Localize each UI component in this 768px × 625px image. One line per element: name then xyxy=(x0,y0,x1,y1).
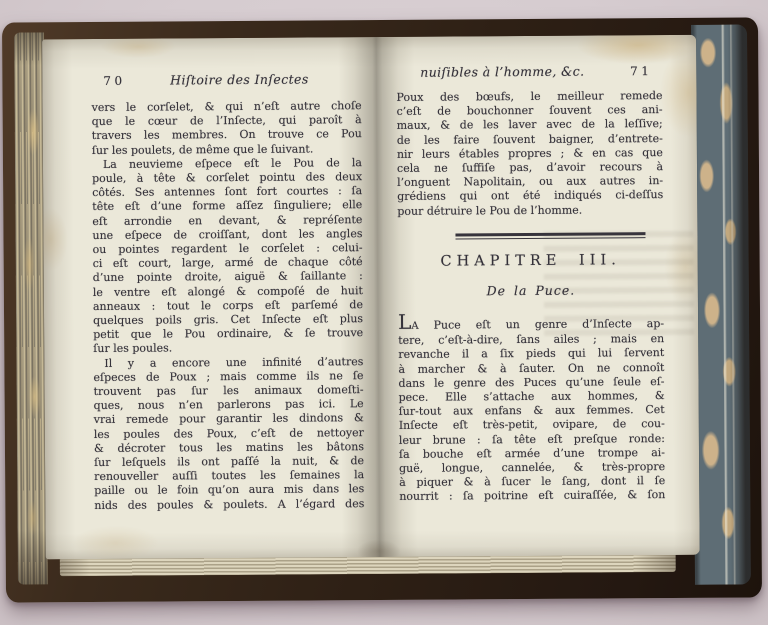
text-line: nourrit : ſa poitrine eſt cuiraſſée, & ſ… xyxy=(399,488,665,504)
left-page-number: 70 xyxy=(91,74,147,88)
text-line: travers les membres. On trouve ce Pou xyxy=(92,128,362,144)
right-page-header: nuiſibles à l’homme, &c. 71 xyxy=(396,63,662,83)
left-page-header: 70 Hiſtoire des Inſectes xyxy=(91,71,361,91)
drop-cap-small: A xyxy=(411,321,418,332)
text-line: revanche il a ſix pieds qui lui ſervent xyxy=(398,346,664,362)
text-line: grédiens qui ont été indiqués ci-deſſus xyxy=(397,188,663,204)
text-line: tête eſt d’une forme aſſez ſinguliere; e… xyxy=(92,199,362,215)
text-line: paille ou le foin qu’on aura mis dans le… xyxy=(94,483,364,499)
text-line: LA Puce eſt un genre d’Inſecte ap- xyxy=(398,310,664,334)
open-pages: 70 Hiſtoire des Inſectes vers le corſele… xyxy=(42,35,700,560)
text-line: petit que le Pou ordinaire, & ſe trouve xyxy=(93,326,363,342)
open-book: 70 Hiſtoire des Inſectes vers le corſele… xyxy=(2,17,762,602)
drop-cap: L xyxy=(398,310,411,334)
left-page: 70 Hiſtoire des Inſectes vers le corſele… xyxy=(91,71,364,513)
right-page-number: 71 xyxy=(600,64,662,78)
left-running-title: Hiſtoire des Inſectes xyxy=(147,71,331,87)
right-running-title: nuiſibles à l’homme, &c. xyxy=(404,63,600,79)
chapter-heading: CHAPITRE III. xyxy=(398,251,664,271)
chapter-body: LA Puce eſt un genre d’Inſecte ap- tere,… xyxy=(398,310,665,504)
text-line: Inſecte eſt très-petit, ovipare, de cou- xyxy=(399,417,665,433)
text-line: nids des poules & poulets. A l’égard des xyxy=(94,497,364,513)
text-line: pour détruire le Pou de l’homme. xyxy=(397,203,663,219)
text-line: vrai remede pour garantir les dindons & xyxy=(94,412,364,428)
book-photo: 70 Hiſtoire des Inſectes vers le corſele… xyxy=(0,0,768,625)
right-page-body: Poux des bœufs, le meilleur remede c’eſt… xyxy=(396,89,663,219)
section-rule xyxy=(455,232,645,240)
text-line: d’une pointe droite, aiguë & ſaillante : xyxy=(93,270,363,286)
right-page: nuiſibles à l’homme, &c. 71 Poux des bœu… xyxy=(396,63,665,505)
text-line: maux, & de les laver avec de la leſſive; xyxy=(397,117,663,133)
left-page-body: vers le corſelet, & qui n’eſt autre choſ… xyxy=(92,99,365,513)
text-line: de les faire ſouvent baigner, d’entrete- xyxy=(397,132,663,148)
marbled-fore-edge xyxy=(691,24,751,584)
first-line-text: Puce eſt un genre d’Inſecte ap- xyxy=(434,317,665,332)
chapter-subtitle: De la Puce. xyxy=(398,282,664,299)
